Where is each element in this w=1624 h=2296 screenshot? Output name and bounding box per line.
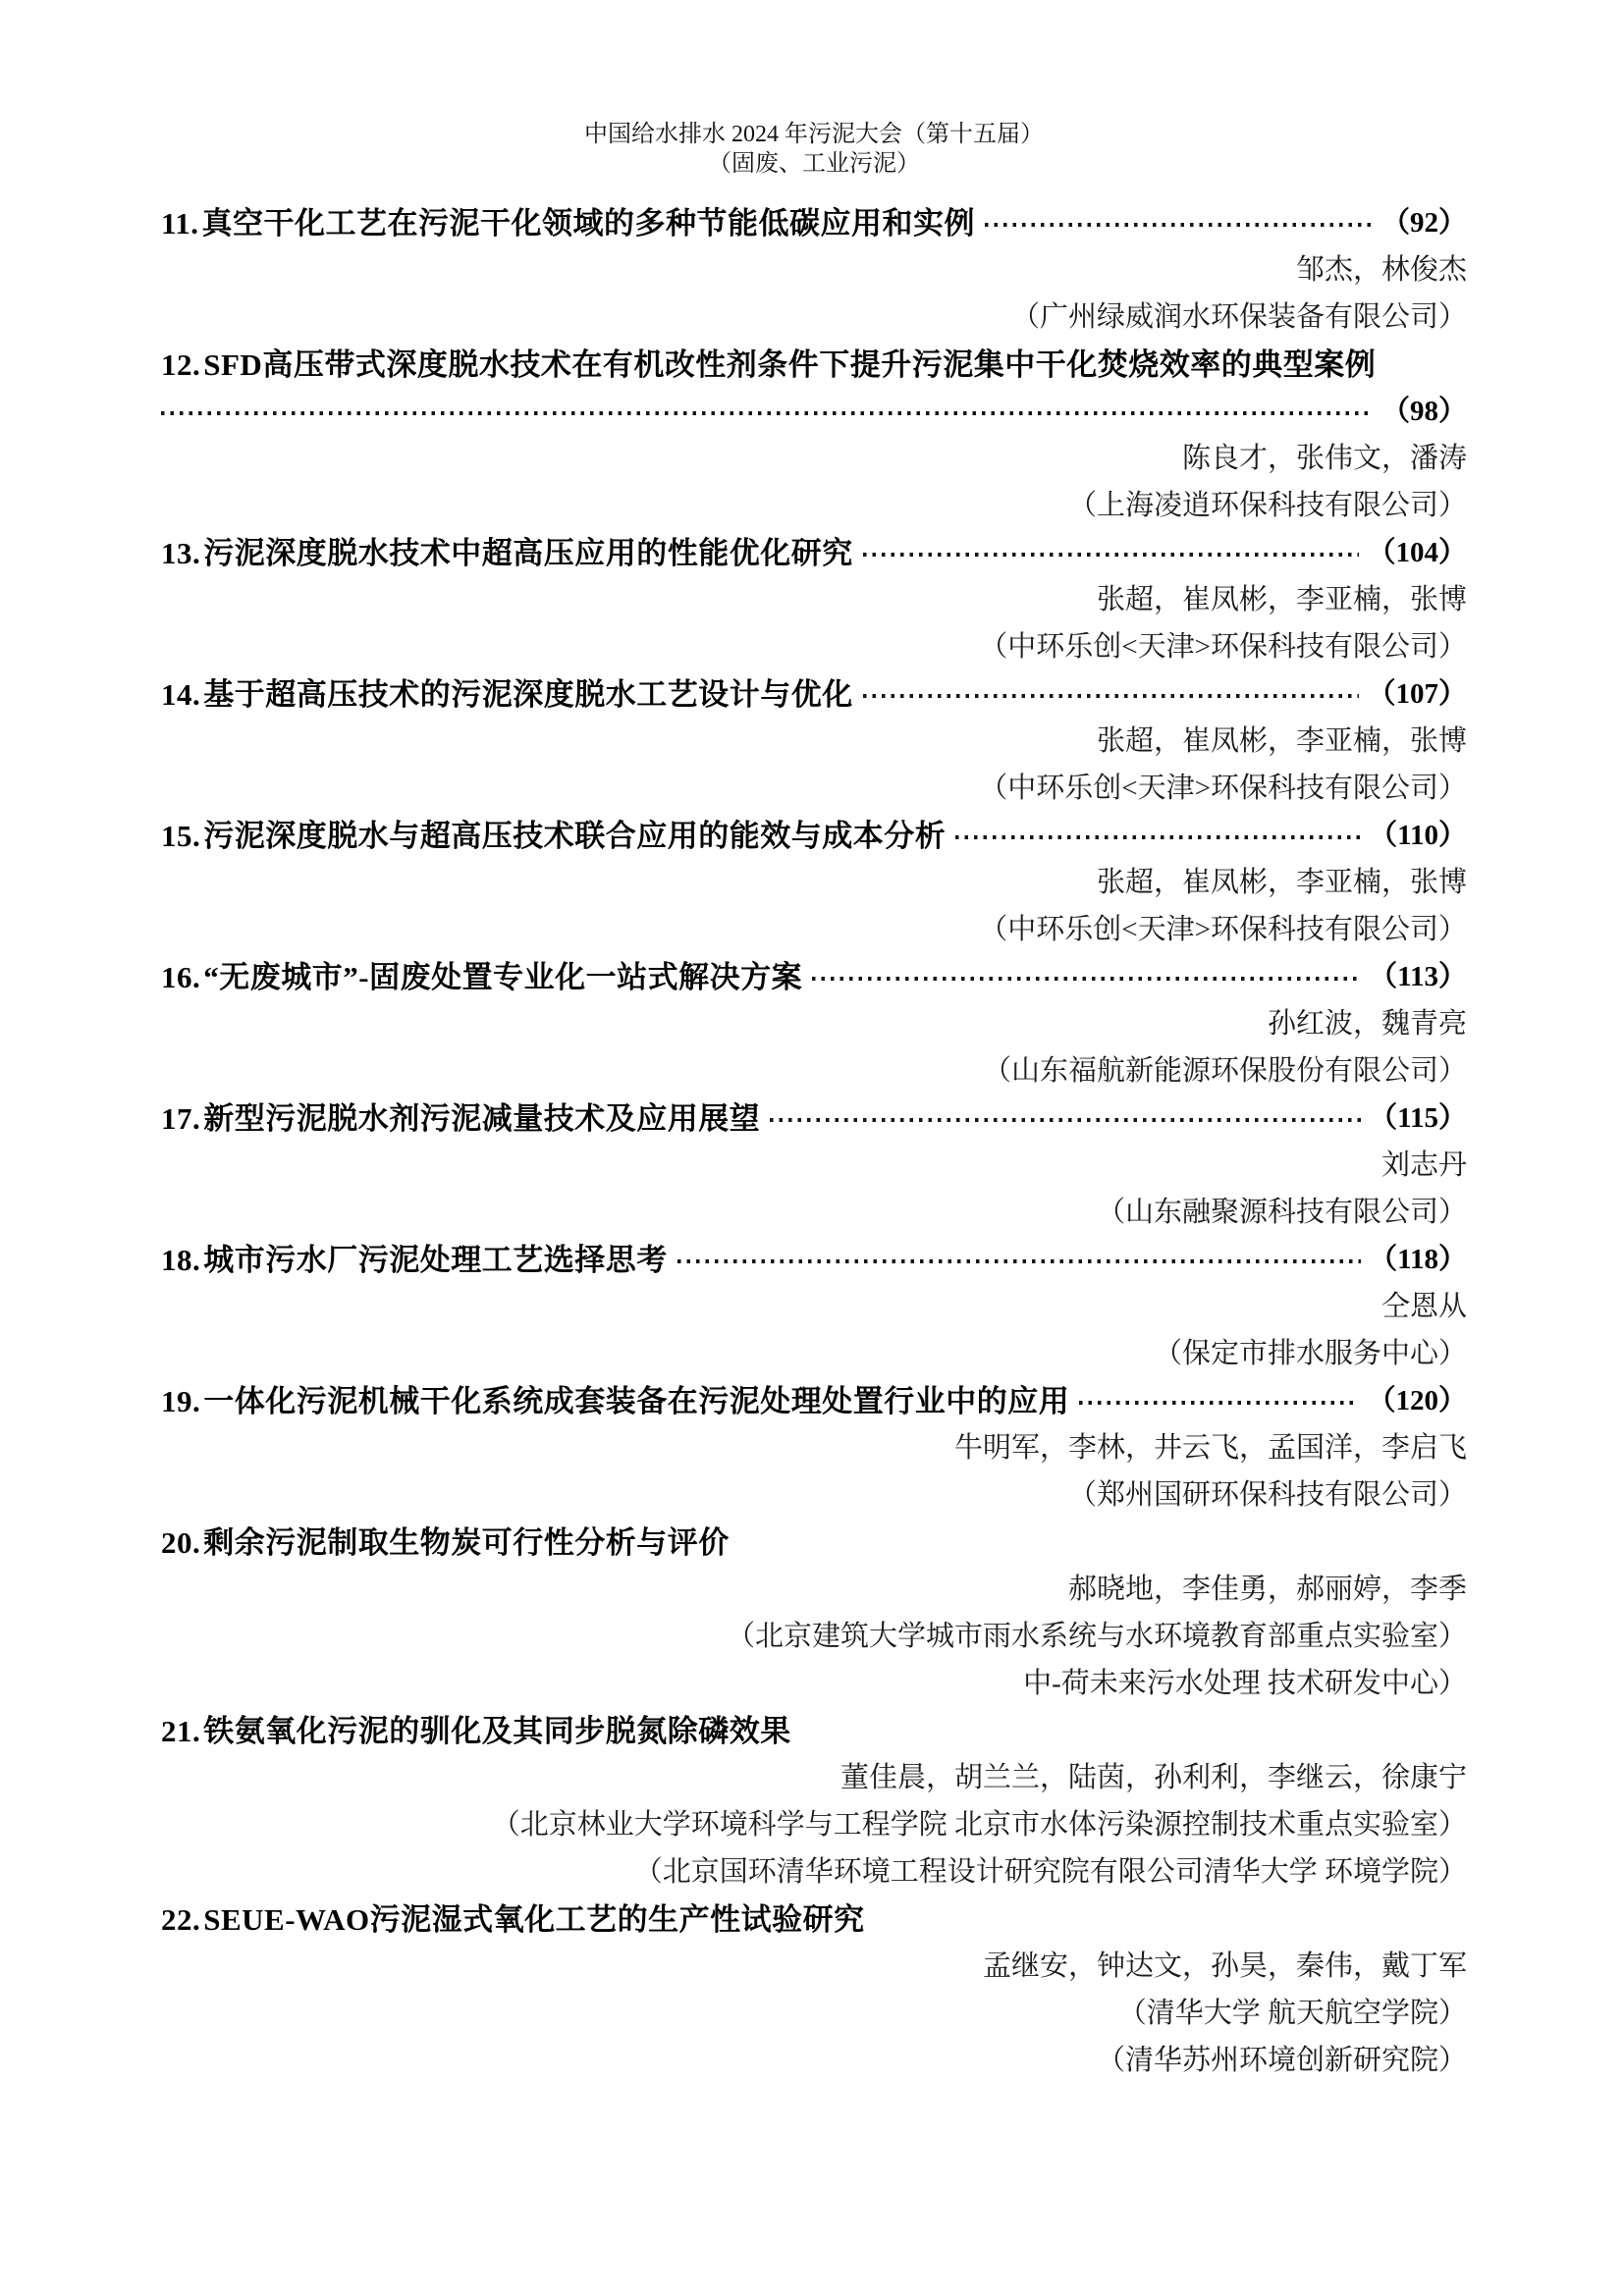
toc-entry-19: 19.一体化污泥机械干化系统成套装备在污泥处理处置行业中的应用 （120） 牛明…	[161, 1374, 1467, 1516]
header-spacer	[161, 179, 1467, 196]
page-number: （98）	[1381, 389, 1467, 429]
dot-leader	[863, 694, 1360, 698]
page-number: （104）	[1367, 530, 1467, 570]
entry-affiliation: （北京建筑大学城市雨水系统与水环境教育部重点实验室）	[727, 1614, 1467, 1654]
entry-authors: 邹杰，林俊杰	[1296, 247, 1467, 288]
entry-affiliation: （中环乐创<天津>环保科技有限公司）	[979, 907, 1467, 947]
dot-leader	[812, 977, 1361, 981]
entry-affiliation: （郑州国研环保科技有限公司）	[1068, 1472, 1467, 1513]
dot-leader	[863, 553, 1360, 557]
entry-number: 21.	[161, 1714, 200, 1748]
page-number: （120）	[1367, 1378, 1467, 1418]
page-number: （113）	[1369, 954, 1467, 994]
entry-affiliation: （山东融聚源科技有限公司）	[1097, 1190, 1467, 1230]
entry-number: 15.	[161, 819, 200, 853]
entry-authors: 董佳晨，胡兰兰，陆茵，孙利利，李继云，徐康宁	[840, 1755, 1467, 1795]
entry-number: 13.	[161, 536, 200, 570]
toc-entry-13: 13.污泥深度脱水技术中超高压应用的性能优化研究 （104） 张超，崔凤彬，李亚…	[161, 526, 1467, 667]
toc-entry-18: 18.城市污水厂污泥处理工艺选择思考 （118） 仝恩从 （保定市排水服务中心）	[161, 1233, 1467, 1374]
document-page: 中国给水排水 2024 年污泥大会（第十五届） （固废、工业污泥） 11.真空干…	[0, 0, 1624, 2081]
toc-entry-14: 14.基于超高压技术的污泥深度脱水工艺设计与优化 （107） 张超，崔凤彬，李亚…	[161, 667, 1467, 809]
doc-header: 中国给水排水 2024 年污泥大会（第十五届） （固废、工业污泥）	[161, 120, 1467, 179]
entry-authors: 陈良才，张伟文，潘涛	[1182, 436, 1467, 476]
entry-title: 12.SFD高压带式深度脱水技术在有机改性剂条件下提升污泥集中干化焚烧效率的典型…	[161, 340, 1376, 384]
entry-number: 14.	[161, 677, 200, 712]
entry-title-text: 剩余污泥制取生物炭可行性分析与评价	[203, 1525, 730, 1560]
entry-number: 16.	[161, 960, 200, 994]
entry-title: 15.污泥深度脱水与超高压技术联合应用的能效与成本分析	[161, 811, 946, 855]
entry-number: 18.	[161, 1243, 200, 1277]
entry-title-text: 新型污泥脱水剂污泥减量技术及应用展望	[203, 1101, 760, 1136]
entry-affiliation: （中环乐创<天津>环保科技有限公司）	[979, 624, 1467, 665]
entry-affiliation: （山东福航新能源环保股份有限公司）	[983, 1048, 1467, 1089]
dot-leader	[1079, 1401, 1359, 1405]
entry-affiliation: 中-荷未来污水处理 技术研发中心）	[1023, 1661, 1467, 1701]
toc-entry-22: 22.SEUE-WAO污泥湿式氧化工艺的生产性试验研究 孟继安，钟达文，孙昊，秦…	[161, 1893, 1467, 2081]
entry-title-text: 城市污水厂污泥处理工艺选择思考	[203, 1243, 668, 1277]
dot-leader	[955, 835, 1361, 839]
dot-leader	[985, 223, 1374, 227]
entry-title: 18.城市污水厂污泥处理工艺选择思考	[161, 1235, 668, 1279]
toc-entry-12: 12.SFD高压带式深度脱水技术在有机改性剂条件下提升污泥集中干化焚烧效率的典型…	[161, 338, 1467, 526]
page-number: （115）	[1369, 1095, 1467, 1136]
entry-title: 22.SEUE-WAO污泥湿式氧化工艺的生产性试验研究	[161, 1895, 865, 1939]
entry-authors: 张超，崔凤彬，李亚楠，张博	[1097, 860, 1467, 900]
entry-title: 19.一体化污泥机械干化系统成套装备在污泥处理处置行业中的应用	[161, 1376, 1069, 1420]
entry-number: 17.	[161, 1101, 200, 1136]
page-number: （118）	[1369, 1237, 1467, 1277]
entry-affiliation: （保定市排水服务中心）	[1154, 1331, 1467, 1371]
entry-affiliation: （中环乐创<天津>环保科技有限公司）	[979, 766, 1467, 806]
entry-title: 14.基于超高压技术的污泥深度脱水工艺设计与优化	[161, 669, 853, 714]
entry-affiliation: （清华苏州环境创新研究院）	[1097, 2038, 1467, 2078]
entry-affiliation: （北京林业大学环境科学与工程学院 北京市水体污染源控制技术重点实验室）	[492, 1802, 1467, 1842]
page-number: （107）	[1367, 671, 1467, 712]
entry-authors: 孟继安，钟达文，孙昊，秦伟，戴丁军	[983, 1944, 1467, 1984]
page-number: （92）	[1381, 200, 1467, 240]
entry-authors: 张超，崔凤彬，李亚楠，张博	[1097, 577, 1467, 617]
entry-title-text: 基于超高压技术的污泥深度脱水工艺设计与优化	[203, 677, 853, 712]
entry-number: 12.	[161, 347, 200, 382]
toc-entry-11: 11.真空干化工艺在污泥干化领域的多种节能低碳应用和实例 （92） 邹杰，林俊杰…	[161, 196, 1467, 338]
entry-title-text: 真空干化工艺在污泥干化领域的多种节能低碳应用和实例	[202, 206, 976, 240]
entry-title-text: SFD高压带式深度脱水技术在有机改性剂条件下提升污泥集中干化焚烧效率的典型案例	[203, 347, 1376, 382]
entry-title: 21.铁氨氧化污泥的驯化及其同步脱氮除磷效果	[161, 1706, 791, 1750]
entry-number: 22.	[161, 1902, 200, 1937]
toc-entry-21: 21.铁氨氧化污泥的驯化及其同步脱氮除磷效果 董佳晨，胡兰兰，陆茵，孙利利，李继…	[161, 1704, 1467, 1893]
entry-number: 11.	[161, 206, 199, 240]
entry-title-text: 污泥深度脱水与超高压技术联合应用的能效与成本分析	[203, 819, 946, 853]
entry-affiliation: （广州绿威润水环保装备有限公司）	[1011, 294, 1467, 335]
entry-number: 19.	[161, 1384, 200, 1418]
entry-authors: 郝晓地，李佳勇，郝丽婷，李季	[1068, 1567, 1467, 1607]
entry-authors: 张超，崔凤彬，李亚楠，张博	[1097, 719, 1467, 759]
entry-authors: 牛明军，李林，井云飞，孟国洋，李启飞	[954, 1425, 1467, 1466]
toc-entry-16: 16.“无废城市”-固废处置专业化一站式解决方案 （113） 孙红波，魏青亮 （…	[161, 950, 1467, 1092]
toc-entry-20: 20.剩余污泥制取生物炭可行性分析与评价 郝晓地，李佳勇，郝丽婷，李季 （北京建…	[161, 1516, 1467, 1704]
entry-title-text: 一体化污泥机械干化系统成套装备在污泥处理处置行业中的应用	[203, 1384, 1069, 1418]
entry-title: 13.污泥深度脱水技术中超高压应用的性能优化研究	[161, 528, 853, 572]
page-number: （110）	[1369, 813, 1467, 853]
entry-authors: 仝恩从	[1381, 1284, 1467, 1324]
toc-entry-17: 17.新型污泥脱水剂污泥减量技术及应用展望 （115） 刘志丹 （山东融聚源科技…	[161, 1092, 1467, 1233]
entry-affiliation: （北京国环清华环境工程设计研究院有限公司清华大学 环境学院）	[634, 1849, 1467, 1890]
dot-leader	[677, 1259, 1361, 1263]
entry-title: 11.真空干化工艺在污泥干化领域的多种节能低碳应用和实例	[161, 198, 975, 242]
doc-header-line1: 中国给水排水 2024 年污泥大会（第十五届）	[161, 120, 1467, 149]
entry-affiliation: （上海凌逍环保科技有限公司）	[1068, 483, 1467, 523]
entry-number: 20.	[161, 1525, 200, 1560]
entry-title: 20.剩余污泥制取生物炭可行性分析与评价	[161, 1518, 730, 1562]
entry-authors: 刘志丹	[1381, 1143, 1467, 1183]
toc-entry-15: 15.污泥深度脱水与超高压技术联合应用的能效与成本分析 （110） 张超，崔凤彬…	[161, 809, 1467, 950]
entry-title: 17.新型污泥脱水剂污泥减量技术及应用展望	[161, 1094, 760, 1138]
entry-title-text: 铁氨氧化污泥的驯化及其同步脱氮除磷效果	[203, 1714, 791, 1748]
entry-title-text: SEUE-WAO污泥湿式氧化工艺的生产性试验研究	[203, 1902, 864, 1937]
doc-header-line2: （固废、工业污泥）	[161, 149, 1467, 179]
entry-title: 16.“无废城市”-固废处置专业化一站式解决方案	[161, 952, 802, 996]
dot-leader	[770, 1118, 1361, 1122]
dot-leader	[161, 411, 1374, 415]
entry-title-text: “无废城市”-固废处置专业化一站式解决方案	[203, 960, 802, 994]
entry-title-text: 污泥深度脱水技术中超高压应用的性能优化研究	[203, 536, 853, 570]
entry-authors: 孙红波，魏青亮	[1268, 1001, 1467, 1041]
entry-affiliation: （清华大学 航天航空学院）	[1118, 1991, 1467, 2031]
